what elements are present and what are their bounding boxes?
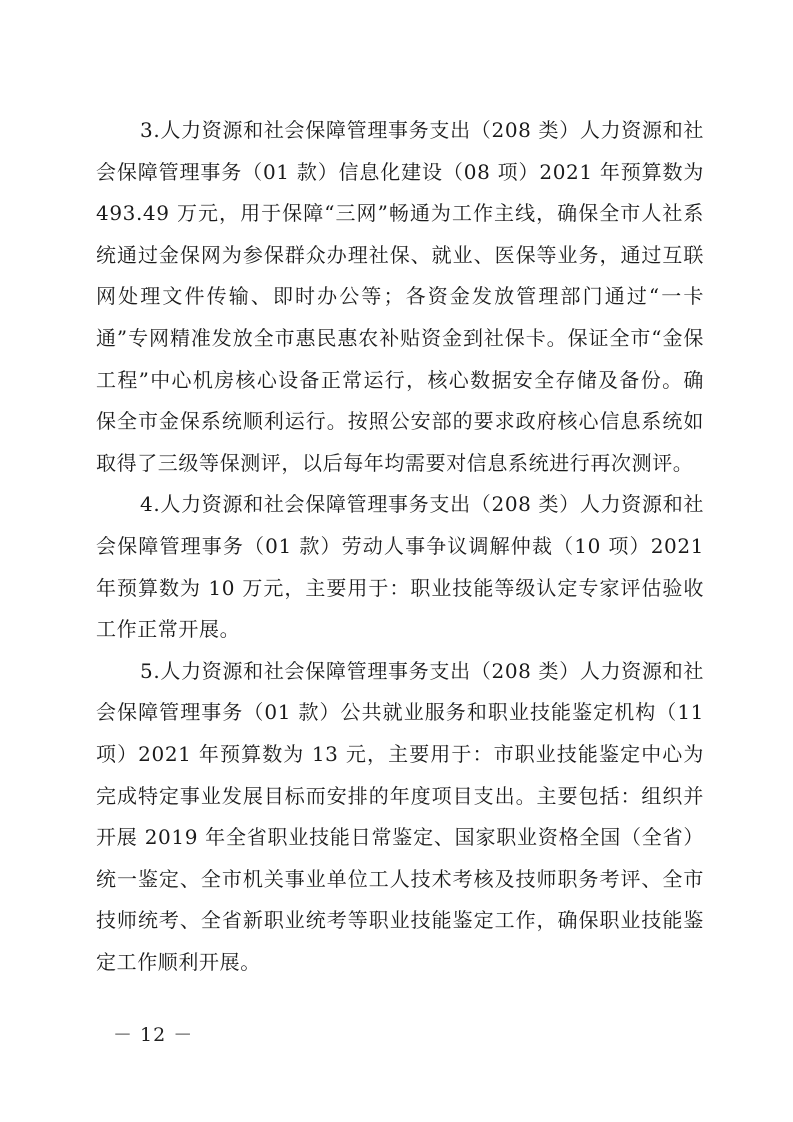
document-body: 3.人力资源和社会保障管理事务支出（208 类）人力资源和社会保障管理事务（01… bbox=[96, 110, 704, 983]
paragraph-item-3: 3.人力资源和社会保障管理事务支出（208 类）人力资源和社会保障管理事务（01… bbox=[96, 110, 704, 484]
page-number: － 12 － bbox=[113, 1020, 193, 1047]
paragraph-item-5: 5.人力资源和社会保障管理事务支出（208 类）人力资源和社会保障管理事务（01… bbox=[96, 651, 704, 984]
paragraph-item-4: 4.人力资源和社会保障管理事务支出（208 类）人力资源和社会保障管理事务（01… bbox=[96, 484, 704, 650]
